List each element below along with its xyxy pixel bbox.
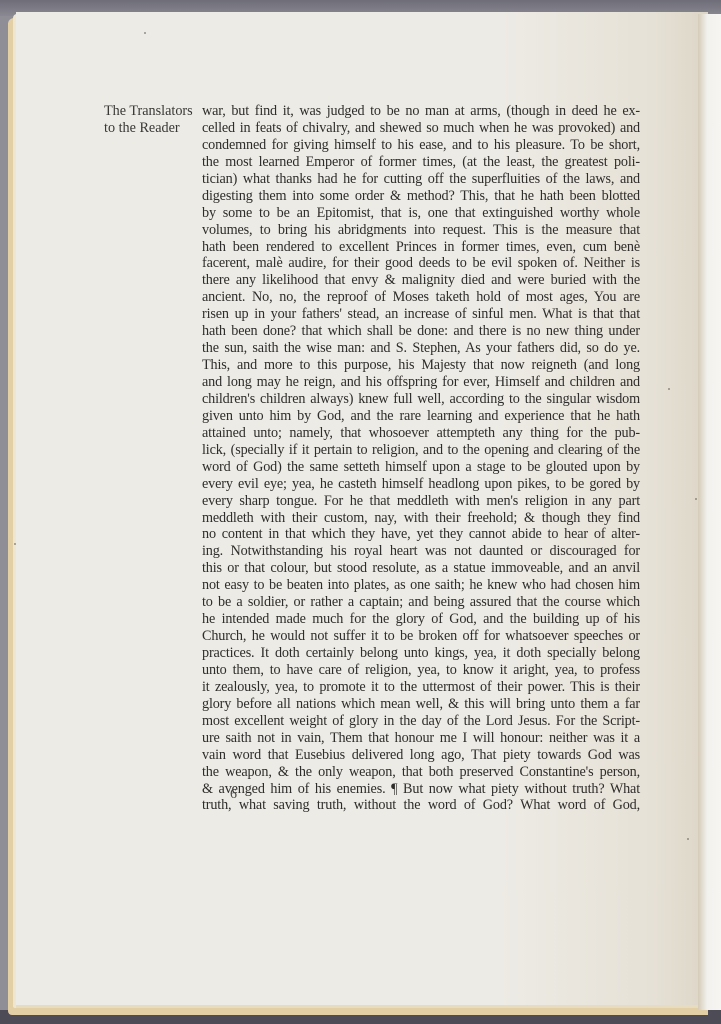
paper-speck	[668, 388, 670, 390]
text-line: children's children always) knew full we…	[202, 391, 640, 408]
text-line: glory before all nations which mean well…	[202, 696, 640, 713]
text-line: not easy to be beaten into plates, as on…	[202, 577, 640, 594]
text-line: no content in that which they have, yet …	[202, 526, 640, 543]
text-line: tician) what thanks had he for cutting o…	[202, 171, 640, 188]
paper-speck	[695, 498, 697, 500]
text-line: there any likelihood that envy & maligni…	[202, 272, 640, 289]
paper-speck	[144, 32, 146, 34]
text-line: by some to be an Epitomist, that is, one…	[202, 205, 640, 222]
text-line: he intended made much for the glory of G…	[202, 611, 640, 628]
text-line: meddleth with their custom, nay, with th…	[202, 510, 640, 527]
text-line: Church, he would not suffer it to be bro…	[202, 628, 640, 645]
text-line: hath been done? that which shall be done…	[202, 323, 640, 340]
running-head-line: The Translators	[104, 103, 204, 120]
text-line: most excellent weight of glory in the da…	[202, 713, 640, 730]
text-line: practices. It doth certainly belong unto…	[202, 645, 640, 662]
text-line: every evil eye; yea, he casteth himself …	[202, 476, 640, 493]
body-text: war, but find it, was judged to be no ma…	[202, 103, 640, 814]
text-line: the sun, saith the wise man: and S. Step…	[202, 340, 640, 357]
text-line: ure saith not in vain, Them that honour …	[202, 730, 640, 747]
text-line: word of God) the same setteth himself up…	[202, 459, 640, 476]
text-line: This, and more to this purpose, his Maje…	[202, 357, 640, 374]
text-line: every sharp tongue. For he that meddleth…	[202, 493, 640, 510]
running-head: The Translators to the Reader	[104, 103, 204, 137]
text-line: risen up in your fathers' stead, an incr…	[202, 306, 640, 323]
text-line: given unto him by God, and the rare lear…	[202, 408, 640, 425]
text-line: ancient. No, no, the reproof of Moses ta…	[202, 289, 640, 306]
text-line: hath been rendered to excellent Princes …	[202, 239, 640, 256]
text-line: celled in feats of chivalry, and shewed …	[202, 120, 640, 137]
text-line: vain word that Eusebius delivered long a…	[202, 747, 640, 764]
facing-page-strip	[698, 14, 721, 1010]
text-line: digesting them into some order & method?…	[202, 188, 640, 205]
text-line: and long may he reign, and his offspring…	[202, 374, 640, 391]
text-line: attained unto; namely, that whosoever at…	[202, 425, 640, 442]
text-line: volumes, to bring his abridgments into r…	[202, 222, 640, 239]
paper-speck	[687, 838, 689, 840]
text-line: it zealously, yea, to promote it to the …	[202, 679, 640, 696]
running-head-line: to the Reader	[104, 120, 204, 137]
text-line: & avenged him of his enemies. ¶ But now …	[202, 781, 640, 798]
text-line: war, but find it, was judged to be no ma…	[202, 103, 640, 120]
text-line: lick, (specially if it pertain to religi…	[202, 442, 640, 459]
text-line: to be a soldier, or rather a captain; an…	[202, 594, 640, 611]
text-line: facerent, malè audire, for their good de…	[202, 255, 640, 272]
text-line: the weapon, & the only weapon, that both…	[202, 764, 640, 781]
page-number: 6	[230, 787, 237, 803]
text-line: truth, what saving truth, without the wo…	[202, 797, 640, 814]
text-line: ing. Notwithstanding his royal heart was…	[202, 543, 640, 560]
text-line: unto them, to have care of religion, yea…	[202, 662, 640, 679]
paper-speck	[14, 543, 16, 545]
text-line: this or that colour, but stood resolute,…	[202, 560, 640, 577]
text-line: the most learned Emperor of former times…	[202, 154, 640, 171]
text-line: condemned for giving himself to his ease…	[202, 137, 640, 154]
